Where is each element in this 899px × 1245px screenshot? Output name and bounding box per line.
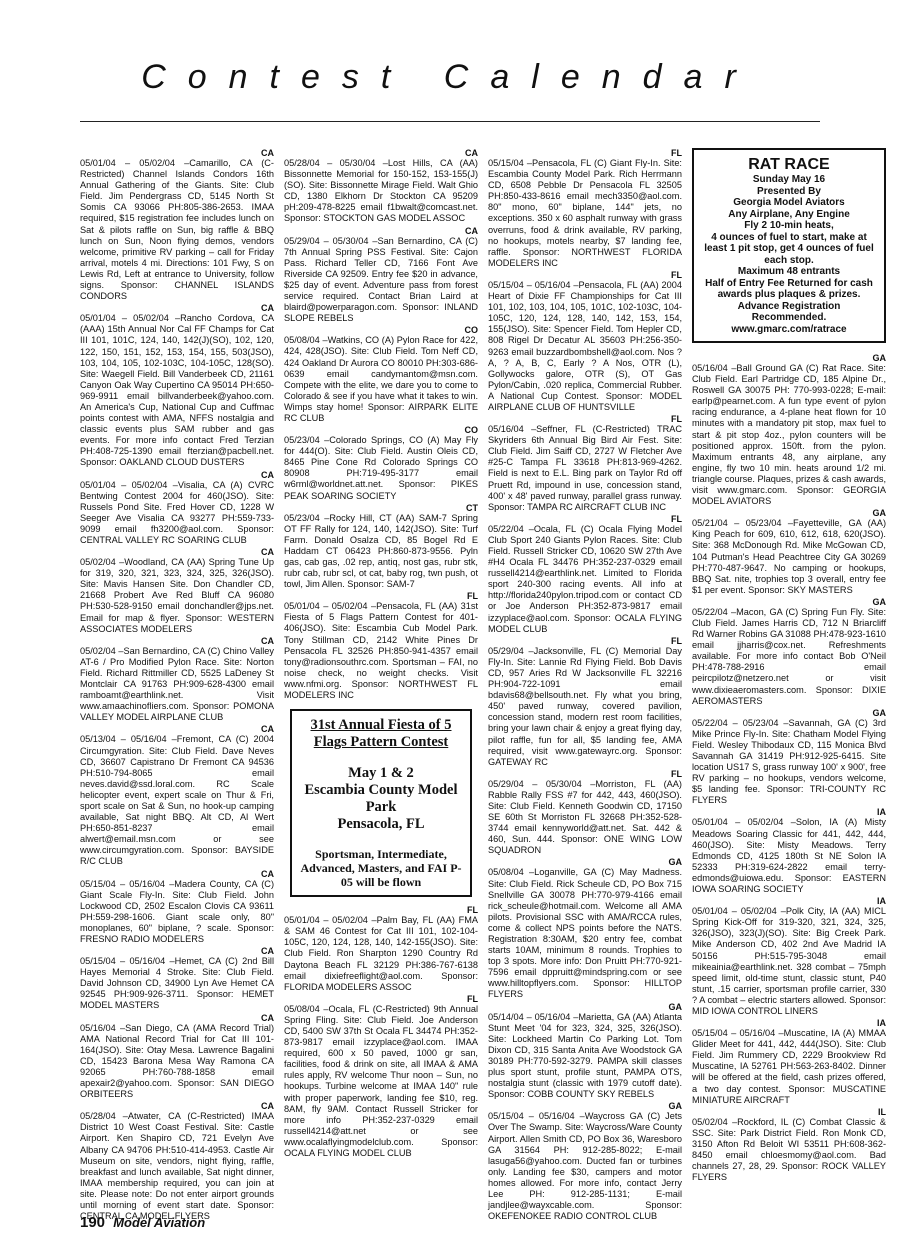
contest-listing: 05/01/04 – 05/02/04 –Rancho Cordova, CA … (80, 313, 274, 468)
state-heading: CA (80, 1101, 274, 1111)
contest-listing: 05/16/04 –Seffner, FL (C-Restricted) TRA… (488, 424, 682, 513)
state-heading: FL (284, 994, 478, 1004)
column-4: RAT RACE Sunday May 16 Presented By Geor… (692, 148, 886, 1223)
state-heading: IL (692, 1107, 886, 1117)
contest-listing: 05/16/04 –San Diego, CA (AMA Record Tria… (80, 1023, 274, 1101)
state-heading: IA (692, 1018, 886, 1028)
rat-race-ad-date: Sunday May 16 (700, 174, 878, 186)
state-heading: GA (488, 1002, 682, 1012)
magazine-name: Model Aviation (113, 1215, 205, 1230)
state-heading: CA (284, 226, 478, 236)
rat-race-ad-club: Georgia Model Aviators (700, 197, 878, 209)
state-heading: GA (692, 708, 886, 718)
state-heading: CT (284, 503, 478, 513)
rat-race-ad-rule-1: Any Airplane, Any Engine (700, 209, 878, 221)
column-3: FL05/15/04 –Pensacola, FL (C) Giant Fly-… (488, 148, 682, 1223)
fiesta-ad-classes: Sportsman, Intermediate, Advanced, Maste… (298, 847, 464, 889)
state-heading: CA (80, 724, 274, 734)
state-heading: FL (488, 514, 682, 524)
state-heading: CA (80, 946, 274, 956)
rat-race-ad-title: RAT RACE (700, 156, 878, 174)
page-number: 190 (80, 1214, 105, 1231)
contest-listing: 05/15/04 – 05/16/04 –Hemet, CA (C) 2nd B… (80, 956, 274, 1011)
rat-race-ad-url: www.gmarc.com/ratrace (700, 324, 878, 336)
rat-race-ad-fee: Half of Entry Fee Returned for cash awar… (700, 278, 878, 301)
column-1: CA05/01/04 – 05/02/04 –Camarillo, CA (C-… (80, 148, 274, 1223)
state-heading: FL (488, 270, 682, 280)
page-title: Contest Calendar (0, 58, 899, 97)
contest-listing: 05/08/04 –Loganville, GA (C) May Madness… (488, 867, 682, 1000)
state-heading: CA (80, 470, 274, 480)
contest-listing: 05/14/04 – 05/16/04 –Marietta, GA (AA) A… (488, 1012, 682, 1101)
state-heading: CA (80, 869, 274, 879)
column-2: CA05/28/04 – 05/30/04 –Lost Hills, CA (A… (284, 148, 478, 1223)
contest-listing: 05/01/04 – 05/02/04 –Camarillo, CA (C-Re… (80, 158, 274, 302)
contest-listing: 05/29/04 –Jacksonville, FL (C) Memorial … (488, 646, 682, 768)
state-heading: CA (80, 636, 274, 646)
state-heading: FL (488, 769, 682, 779)
contest-listing: 05/15/04 – 05/16/04 –Waycross GA (C) Jet… (488, 1111, 682, 1222)
fiesta-ad-city: Pensacola, FL (298, 816, 464, 833)
contest-listing: 05/15/04 – 05/16/04 –Muscatine, IA (A) M… (692, 1028, 886, 1106)
state-heading: CA (80, 303, 274, 313)
contest-listing: 05/29/04 – 05/30/04 –San Bernardino, CA … (284, 236, 478, 325)
state-heading: GA (488, 857, 682, 867)
contest-listing: 05/01/04 – 05/02/04 –Pensacola, FL (AA) … (284, 601, 478, 701)
contest-listing: 05/02/04 –Woodland, CA (AA) Spring Tune … (80, 557, 274, 635)
contest-listing: 05/29/04 – 05/30/04 –Morriston, FL (AA) … (488, 779, 682, 857)
state-heading: IA (692, 807, 886, 817)
contest-listing: 05/08/04 –Ocala, FL (C-Restricted) 9th A… (284, 1004, 478, 1159)
contest-listing: 05/23/04 –Colorado Springs, CO (A) May F… (284, 435, 478, 502)
rat-race-ad-rule-2: Fly 2 10-min heats, (700, 220, 878, 232)
contest-listing: 05/22/04 –Macon, GA (C) Spring Fun Fly. … (692, 607, 886, 707)
state-heading: FL (488, 414, 682, 424)
state-heading: FL (284, 591, 478, 601)
rat-race-ad: RAT RACE Sunday May 16 Presented By Geor… (692, 148, 886, 343)
state-heading: GA (488, 1101, 682, 1111)
state-heading: GA (692, 353, 886, 363)
state-heading: CA (80, 1013, 274, 1023)
contest-listing: 05/15/04 – 05/16/04 –Madera County, CA (… (80, 879, 274, 946)
calendar-columns: CA05/01/04 – 05/02/04 –Camarillo, CA (C-… (80, 148, 892, 1223)
state-heading: CO (284, 425, 478, 435)
fiesta-ad-site: Escambia County Model Park (298, 782, 464, 816)
contest-listing: 05/01/04 – 05/02/04 –Palm Bay, FL (AA) F… (284, 915, 478, 993)
contest-listing: 05/22/04 – 05/23/04 –Savannah, GA (C) 3r… (692, 718, 886, 807)
fiesta-ad-title: 31st Annual Fiesta of 5 Flags Pattern Co… (298, 717, 464, 751)
header-rule (80, 121, 820, 122)
contest-listing: 05/15/04 –Pensacola, FL (C) Giant Fly-In… (488, 158, 682, 269)
contest-listing: 05/13/04 – 05/16/04 –Fremont, CA (C) 200… (80, 734, 274, 867)
contest-listing: 05/01/04 – 05/02/04 –Visalia, CA (A) CVR… (80, 480, 274, 547)
state-heading: CO (284, 325, 478, 335)
rat-race-ad-rule-3: 4 ounces of fuel to start, make at least… (700, 232, 878, 267)
state-heading: FL (488, 148, 682, 158)
state-heading: CA (284, 148, 478, 158)
contest-listing: 05/01/04 – 05/02/04 –Polk City, IA (AA) … (692, 906, 886, 1017)
state-heading: CA (80, 148, 274, 158)
contest-listing: 05/23/04 –Rocky Hill, CT (AA) SAM-7 Spri… (284, 513, 478, 591)
rat-race-ad-max: Maximum 48 entrants (700, 266, 878, 278)
state-heading: IA (692, 896, 886, 906)
contest-listing: 05/15/04 – 05/16/04 –Pensacola, FL (AA) … (488, 280, 682, 413)
fiesta-ad: 31st Annual Fiesta of 5 Flags Pattern Co… (290, 709, 472, 897)
rat-race-ad-presented: Presented By (700, 186, 878, 198)
contest-listing: 05/21/04 – 05/23/04 –Fayetteville, GA (A… (692, 518, 886, 596)
state-heading: CA (80, 547, 274, 557)
contest-listing: 05/02/04 –Rockford, IL (C) Combat Classi… (692, 1117, 886, 1184)
contest-listing: 05/28/04 –Atwater, CA (C-Restricted) IMA… (80, 1111, 274, 1222)
fiesta-ad-date: May 1 & 2 (298, 765, 464, 782)
contest-listing: 05/08/04 –Watkins, CO (A) Pylon Race for… (284, 335, 478, 424)
state-heading: FL (488, 636, 682, 646)
state-heading: GA (692, 597, 886, 607)
contest-listing: 05/02/04 –San Bernardino, CA (C) Chino V… (80, 646, 274, 724)
contest-listing: 05/28/04 – 05/30/04 –Lost Hills, CA (AA)… (284, 158, 478, 225)
page-footer: 190 Model Aviation (80, 1214, 205, 1231)
contest-listing: 05/16/04 –Ball Ground GA (C) Rat Race. S… (692, 363, 886, 507)
state-heading: GA (692, 508, 886, 518)
state-heading: FL (284, 905, 478, 915)
contest-listing: 05/01/04 – 05/02/04 –Solon, IA (A) Misty… (692, 817, 886, 895)
contest-listing: 05/22/04 –Ocala, FL (C) Ocala Flying Mod… (488, 524, 682, 635)
rat-race-ad-registration: Advance Registration Recommended. (700, 301, 878, 324)
